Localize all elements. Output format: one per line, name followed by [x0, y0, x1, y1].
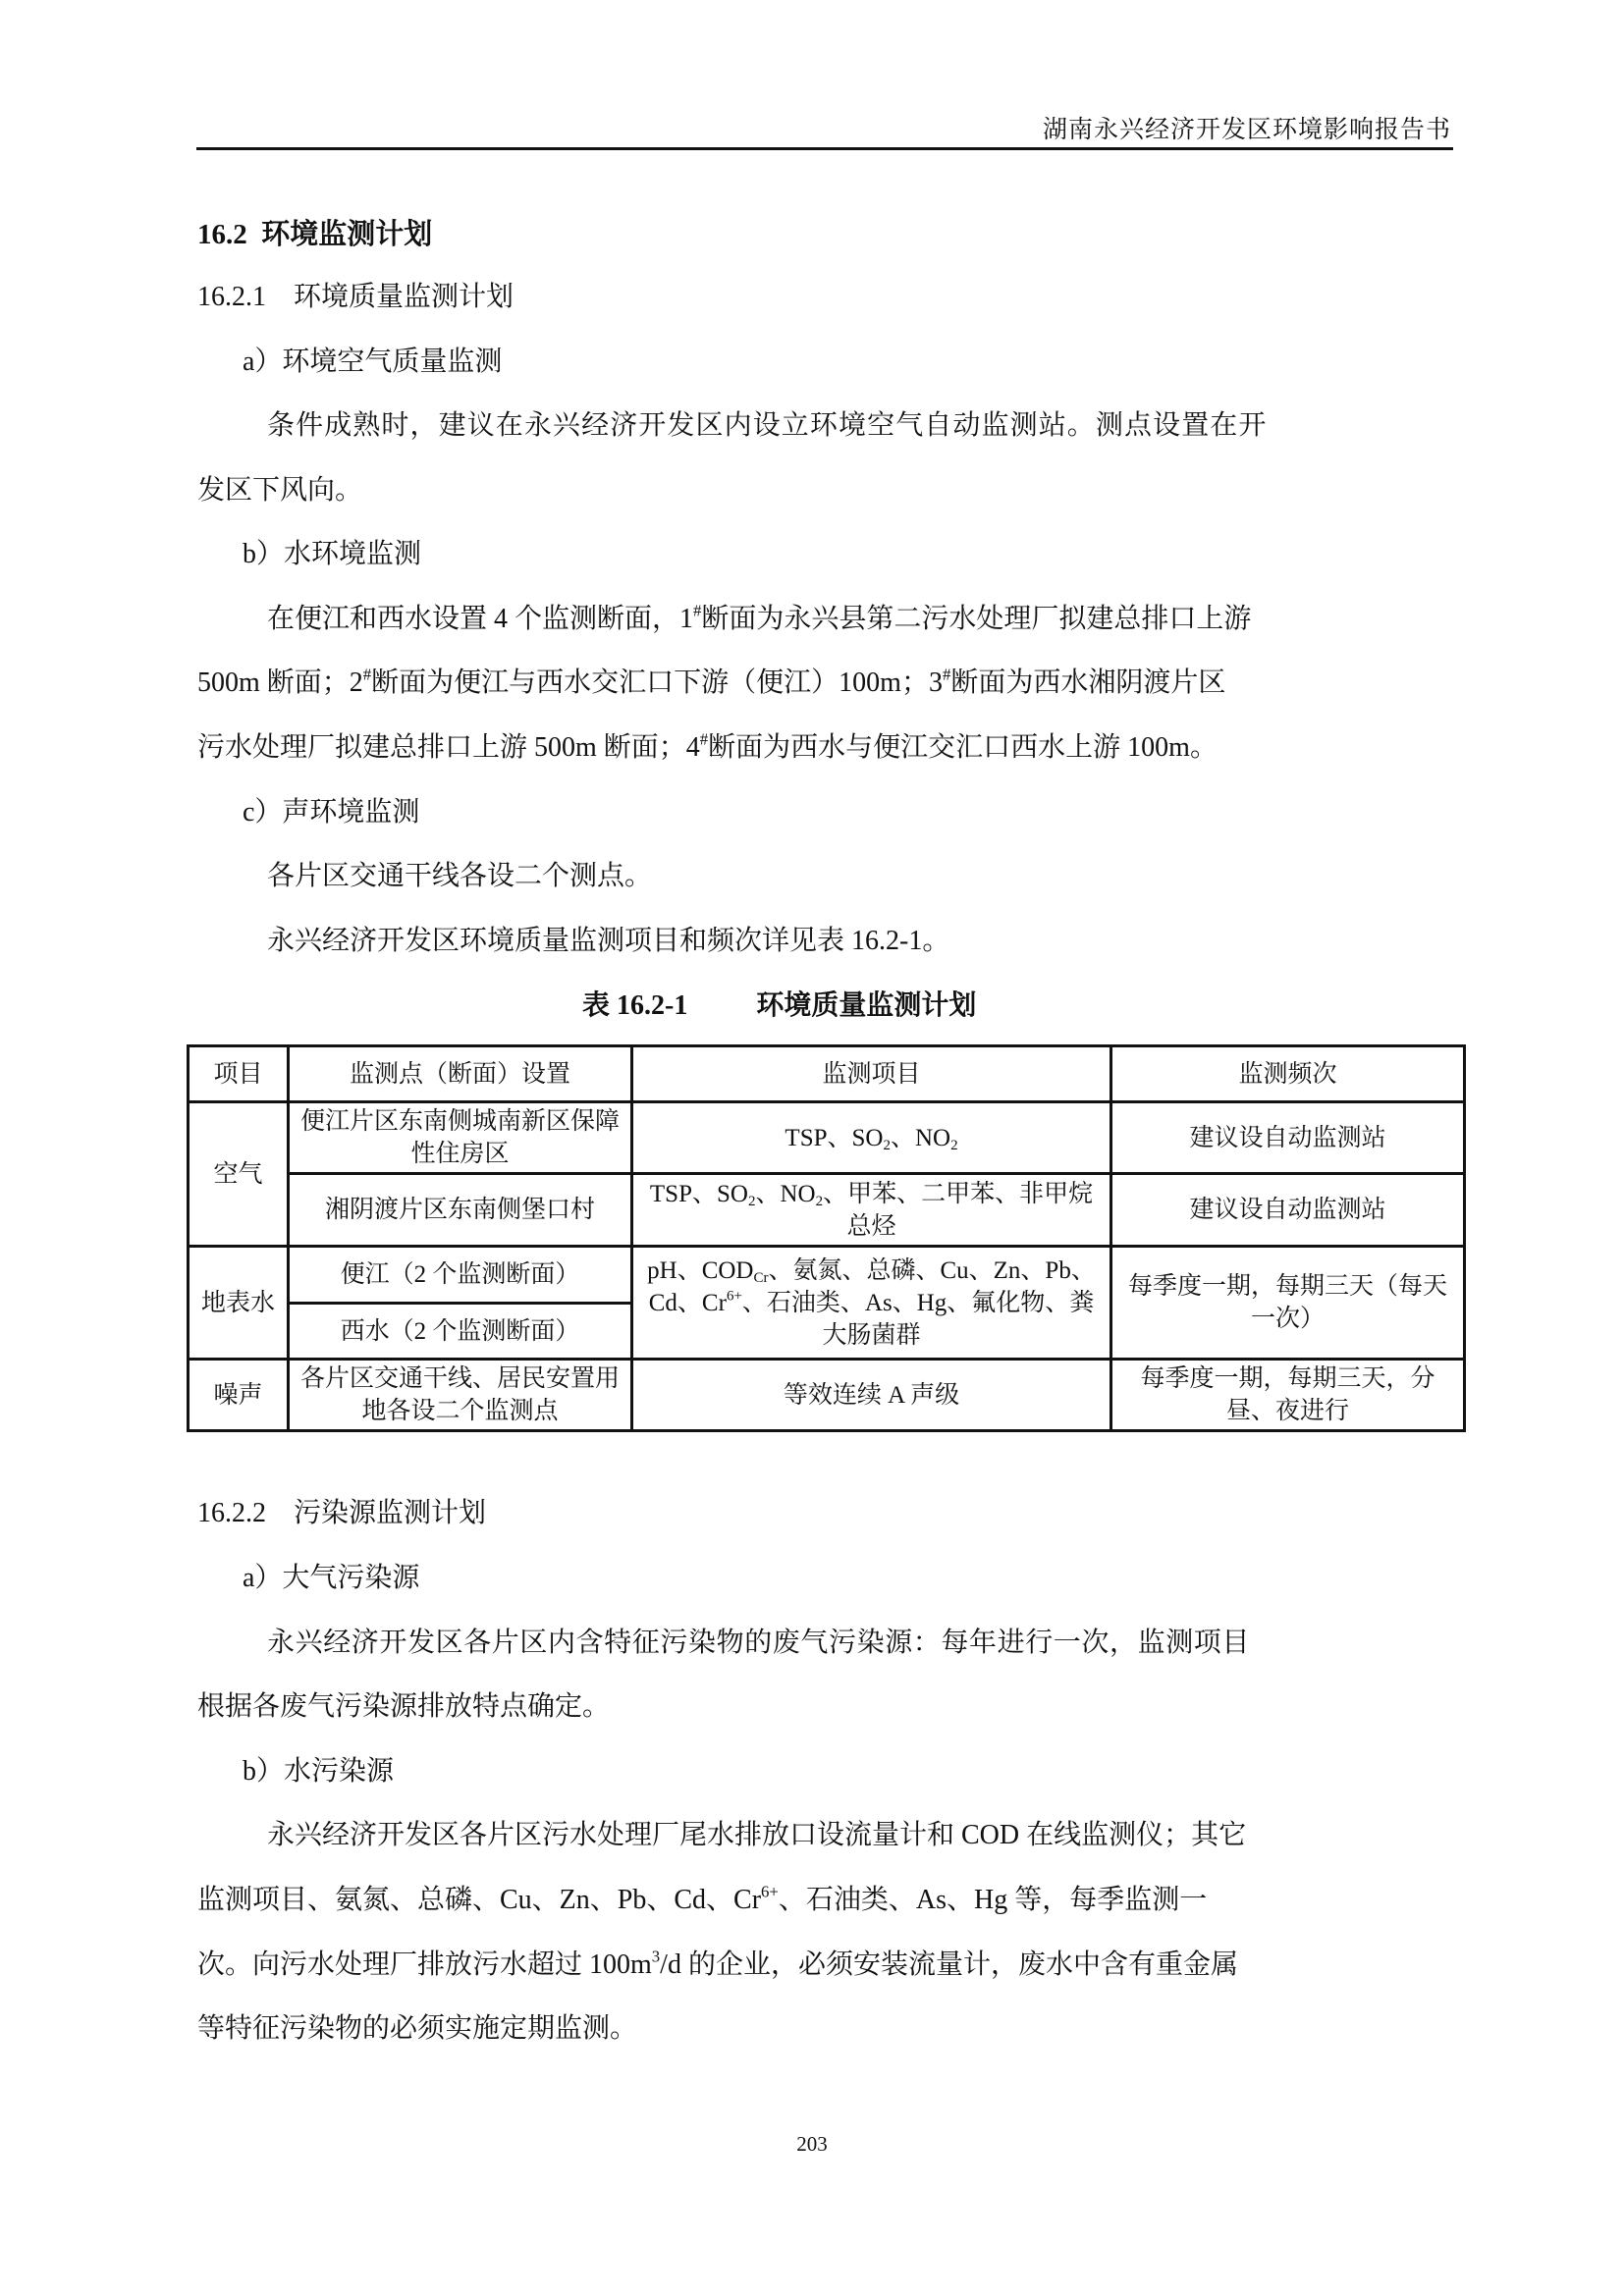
column-header: 监测频次	[1111, 1046, 1465, 1102]
text-segment: /d 的企业，必须安装流量计，废水中含有重金属	[660, 1949, 1238, 1980]
text-segment: TSP、SO	[650, 1181, 748, 1207]
site-cell: 西水（2 个监测断面）	[289, 1304, 632, 1360]
text-segment: pH、COD	[647, 1257, 753, 1284]
superscript: #	[700, 729, 708, 748]
frequency-cell: 每季度一期，每期三天，分昼、夜进行	[1111, 1360, 1465, 1431]
heading-noise: c）声环境监测	[243, 799, 419, 827]
paragraph-water-line1: 在便江和西水设置 4 个监测断面，1#断面为永兴县第二污水处理厂拟建总排口上游	[267, 606, 1251, 633]
table-header-row: 项目 监测点（断面）设置 监测项目 监测频次	[189, 1046, 1465, 1102]
paragraph-table-ref: 永兴经济开发区环境质量监测项目和频次详见表 16.2-1。	[267, 928, 949, 955]
items-cell: TSP、SO2、NO2、甲苯、二甲苯、非甲烷总烃	[632, 1174, 1111, 1247]
paragraph-water-source-line4: 等特征污染物的必须实施定期监测。	[197, 2015, 637, 2043]
site-cell: 湘阴渡片区东南侧堡口村	[289, 1174, 632, 1247]
subscript: 2	[816, 1193, 824, 1208]
paragraph-water-source-line3: 次。向污水处理厂排放污水超过 100m3/d 的企业，必须安装流量计，废水中含有…	[197, 1951, 1238, 1979]
paragraph-air-line2: 发区下风向。	[197, 477, 362, 505]
text-segment: 、甲苯、二甲苯、非甲烷总烃	[823, 1181, 1093, 1240]
section-heading: 16.2 环境监测计划	[197, 221, 432, 249]
subsection-heading-16-2-1: 16.2.1 环境质量监测计划	[197, 284, 514, 311]
paragraph-water-source-line1: 永兴经济开发区各片区污水处理厂尾水排放口设流量计和 COD 在线监测仪；其它	[267, 1822, 1246, 1849]
table-row: 湘阴渡片区东南侧堡口村 TSP、SO2、NO2、甲苯、二甲苯、非甲烷总烃 建议设…	[189, 1174, 1465, 1247]
table-caption: 表 16.2-1 环境质量监测计划	[582, 992, 976, 1020]
subsection-title: 环境质量监测计划	[294, 282, 514, 312]
table-row: 空气 便江片区东南侧城南新区保障性住房区 TSP、SO2、NO2 建议设自动监测…	[189, 1102, 1465, 1174]
table-caption-title: 环境质量监测计划	[756, 990, 976, 1021]
text-segment: 污水处理厂拟建总排口上游 500m 断面；4	[197, 732, 700, 763]
heading-air-quality: a）环境空气质量监测	[243, 348, 502, 376]
subscript: 2	[883, 1137, 891, 1152]
subsection-number: 16.2.2	[197, 1498, 266, 1528]
superscript: 6+	[727, 1288, 742, 1304]
site-cell: 各片区交通干线、居民安置用地各设二个监测点	[289, 1360, 632, 1431]
paragraph-water-line2: 500m 断面；2#断面为便江与西水交汇口下游（便江）100m；3#断面为西水湘…	[197, 669, 1225, 697]
text-segment: TSP、SO	[785, 1125, 883, 1151]
category-cell: 噪声	[189, 1360, 289, 1431]
text-segment: 、NO	[755, 1181, 815, 1207]
category-cell: 地表水	[189, 1247, 289, 1360]
paragraph-air-line1: 条件成熟时，建议在永兴经济开发区内设立环境空气自动监测站。测点设置在开	[267, 412, 1268, 440]
paragraph-air-source-line1: 永兴经济开发区各片区内含特征污染物的废气污染源：每年进行一次，监测项目	[267, 1629, 1250, 1657]
heading-water: b）水环境监测	[243, 541, 421, 568]
section-title: 环境监测计划	[261, 219, 432, 250]
frequency-cell: 每季度一期，每期三天（每天一次）	[1111, 1247, 1465, 1360]
monitoring-plan-table: 项目 监测点（断面）设置 监测项目 监测频次 空气 便江片区东南侧城南新区保障性…	[187, 1044, 1466, 1432]
text-segment: 在便江和西水设置 4 个监测断面，1	[267, 604, 693, 634]
site-cell: 便江片区东南侧城南新区保障性住房区	[289, 1102, 632, 1174]
text-segment: 次。向污水处理厂排放污水超过 100m	[197, 1949, 652, 1980]
paragraph-air-source-line2: 根据各废气污染源排放特点确定。	[197, 1693, 610, 1721]
items-cell: pH、CODCr、氨氮、总磷、Cu、Zn、Pb、Cd、Cr6+、石油类、As、H…	[632, 1247, 1111, 1360]
text-segment: 、石油类、As、Hg 等，每季监测一	[779, 1885, 1207, 1915]
paragraph-noise: 各片区交通干线各设二个测点。	[267, 863, 652, 890]
text-segment: 500m 断面；2	[197, 667, 363, 698]
paragraph-water-source-line2: 监测项目、氨氮、总磷、Cu、Zn、Pb、Cd、Cr6+、石油类、As、Hg 等，…	[197, 1887, 1207, 1914]
site-cell: 便江（2 个监测断面）	[289, 1247, 632, 1304]
frequency-cell: 建议设自动监测站	[1111, 1102, 1465, 1174]
superscript: 6+	[761, 1882, 779, 1900]
items-cell: 等效连续 A 声级	[632, 1360, 1111, 1431]
subsection-number: 16.2.1	[197, 282, 266, 312]
subscript: Cr	[753, 1269, 768, 1285]
text-segment: 断面为西水湘阴渡片区	[950, 667, 1225, 698]
frequency-cell: 建议设自动监测站	[1111, 1174, 1465, 1247]
page-number: 203	[0, 2132, 1624, 2157]
text-segment: 监测项目、氨氮、总磷、Cu、Zn、Pb、Cd、Cr	[197, 1885, 761, 1915]
section-number: 16.2	[197, 219, 247, 250]
paragraph-water-line3: 污水处理厂拟建总排口上游 500m 断面；4#断面为西水与便江交汇口西水上游 1…	[197, 734, 1218, 762]
text-segment: 断面为便江与西水交汇口下游（便江）100m；3	[371, 667, 943, 698]
superscript: #	[363, 665, 371, 683]
text-segment: 断面为永兴县第二污水处理厂拟建总排口上游	[701, 604, 1251, 634]
subsection-title: 污染源监测计划	[294, 1498, 486, 1528]
text-segment: 断面为西水与便江交汇口西水上游 100m。	[708, 732, 1218, 763]
category-cell: 空气	[189, 1102, 289, 1247]
subscript: 2	[950, 1137, 958, 1152]
text-segment: 、石油类、As、Hg、氟化物、粪大肠菌群	[742, 1290, 1094, 1349]
column-header: 项目	[189, 1046, 289, 1102]
column-header: 监测项目	[632, 1046, 1111, 1102]
subsection-heading-16-2-2: 16.2.2 污染源监测计划	[197, 1500, 486, 1527]
table-caption-number: 表 16.2-1	[582, 990, 687, 1021]
heading-water-pollution-source: b）水污染源	[243, 1758, 394, 1786]
column-header: 监测点（断面）设置	[289, 1046, 632, 1102]
superscript: 3	[652, 1947, 660, 1965]
table-row: 地表水 便江（2 个监测断面） pH、CODCr、氨氮、总磷、Cu、Zn、Pb、…	[189, 1247, 1465, 1304]
header-rule	[196, 147, 1453, 150]
heading-air-pollution-source: a）大气污染源	[243, 1565, 419, 1592]
text-segment: 、NO	[891, 1125, 950, 1151]
header-title: 湖南永兴经济开发区环境影响报告书	[1043, 110, 1451, 145]
items-cell: TSP、SO2、NO2	[632, 1102, 1111, 1174]
table-row: 噪声 各片区交通干线、居民安置用地各设二个监测点 等效连续 A 声级 每季度一期…	[189, 1360, 1465, 1431]
